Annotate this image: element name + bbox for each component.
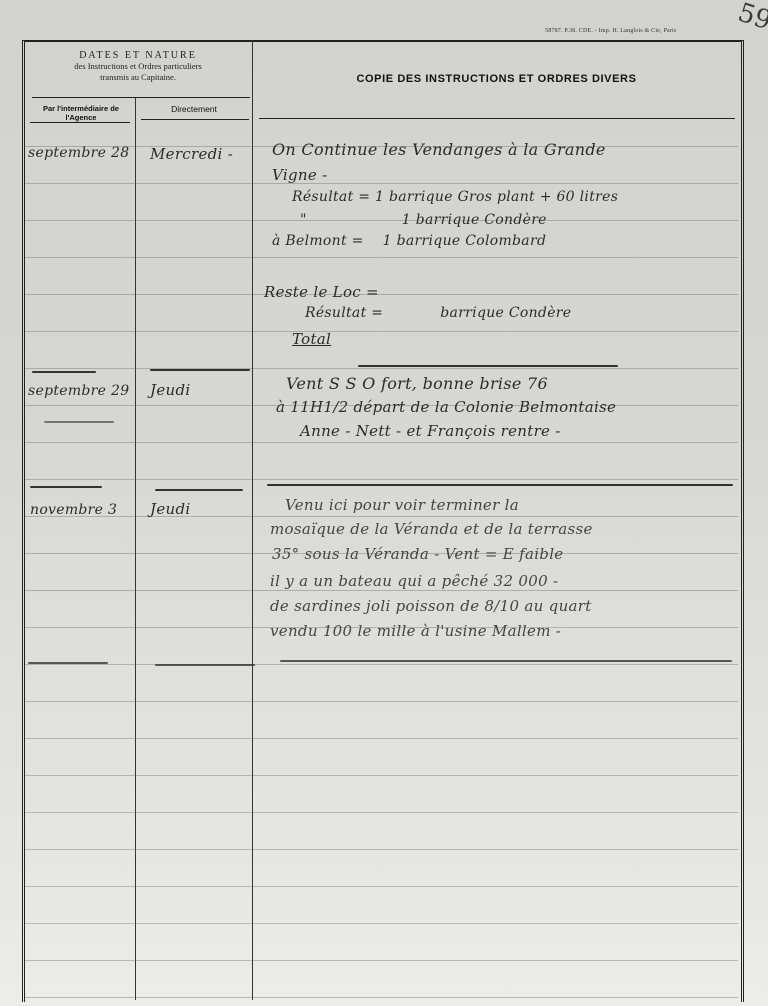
dates-header-title: DATES ET NATURE xyxy=(25,50,251,61)
entry-line: Reste le Loc = xyxy=(264,283,379,301)
ruled-line xyxy=(25,812,738,813)
header-underline-2 xyxy=(141,119,249,120)
entry-day: Jeudi xyxy=(150,500,190,518)
entry-line: Résultat = 1 barrique Gros plant + 60 li… xyxy=(292,189,618,205)
dates-header-subtitle-2: transmis au Capitaine. xyxy=(25,72,251,83)
ruled-line xyxy=(25,664,738,665)
column-header-directement: Directement xyxy=(137,104,251,114)
day-separator xyxy=(155,489,243,491)
entry-line: vendu 100 le mille à l'usine Mallem - xyxy=(270,622,561,640)
entry-line: il y a un bateau qui a pêché 32 000 - xyxy=(270,572,558,590)
entry-line: Anne - Nett - et François rentre - xyxy=(300,422,561,440)
entry-line: Venu ici pour voir terminer la xyxy=(285,496,519,514)
entry-date: septembre 28 xyxy=(28,145,129,161)
ruled-line xyxy=(25,257,738,258)
main-column-header: COPIE DES INSTRUCTIONS ET ORDRES DIVERS xyxy=(255,73,738,85)
day-separator xyxy=(155,664,255,666)
entry-line: Vent S S O fort, bonne brise 76 xyxy=(286,374,548,393)
column-header-agence: Par l'intermédiaire de l'Agence xyxy=(27,104,135,122)
entry-line: mosaïque de la Véranda et de la terrasse xyxy=(270,520,593,538)
ruled-line xyxy=(25,516,738,517)
entry-line: à 11H1/2 départ de la Colonie Belmontais… xyxy=(276,398,616,416)
entry-separator xyxy=(358,365,618,367)
ledger-page: 59 58787. P.38. CDE. - Imp. H. Langlois … xyxy=(0,0,768,1006)
ruled-line xyxy=(25,294,738,295)
ruled-line xyxy=(25,590,738,591)
entry-date: septembre 29 xyxy=(28,383,129,399)
entry-line: Total xyxy=(292,330,331,348)
ruled-line xyxy=(25,479,738,480)
date-separator xyxy=(44,421,114,423)
ruled-line xyxy=(25,331,738,332)
ruled-line xyxy=(25,701,738,702)
date-separator xyxy=(32,371,96,373)
entry-line: de sardines joli poisson de 8/10 au quar… xyxy=(270,597,592,615)
header-divider xyxy=(32,97,250,98)
day-separator xyxy=(150,369,250,371)
main-header-underline xyxy=(259,118,735,119)
entry-day: Mercredi - xyxy=(150,145,233,163)
column-divider-1 xyxy=(135,97,136,1000)
entry-line: Résultat = barrique Condère xyxy=(305,305,571,321)
ruled-line xyxy=(25,183,738,184)
date-separator xyxy=(30,486,102,488)
ruled-line xyxy=(25,886,738,887)
dates-header-subtitle-1: des Instructions et Ordres particuliers xyxy=(25,61,251,72)
dates-header: DATES ET NATURE des Instructions et Ordr… xyxy=(25,44,251,83)
entry-separator xyxy=(280,660,732,662)
entry-date: novembre 3 xyxy=(30,502,117,518)
entry-separator xyxy=(267,484,733,486)
entry-line: 35° sous la Véranda - Vent = E faible xyxy=(272,545,564,563)
date-separator xyxy=(28,662,108,664)
entry-line: On Continue les Vendanges à la Grande xyxy=(272,140,606,159)
ruled-line xyxy=(25,368,738,369)
entry-line: à Belmont = 1 barrique Colombard xyxy=(272,233,546,249)
column-divider-2 xyxy=(252,40,253,1000)
entry-day: Jeudi xyxy=(150,381,190,399)
entry-line: " 1 barrique Condère xyxy=(300,212,547,228)
printer-imprint: 58787. P.38. CDE. - Imp. H. Langlois & C… xyxy=(545,28,676,34)
ruled-line xyxy=(25,775,738,776)
header-underline-1 xyxy=(30,122,130,123)
page-number: 59 xyxy=(734,0,768,36)
entry-line: Vigne - xyxy=(272,166,327,184)
ruled-line xyxy=(25,997,738,998)
ruled-line xyxy=(25,960,738,961)
ruled-line xyxy=(25,849,738,850)
ruled-line xyxy=(25,442,738,443)
ruled-line xyxy=(25,738,738,739)
ruled-line xyxy=(25,923,738,924)
